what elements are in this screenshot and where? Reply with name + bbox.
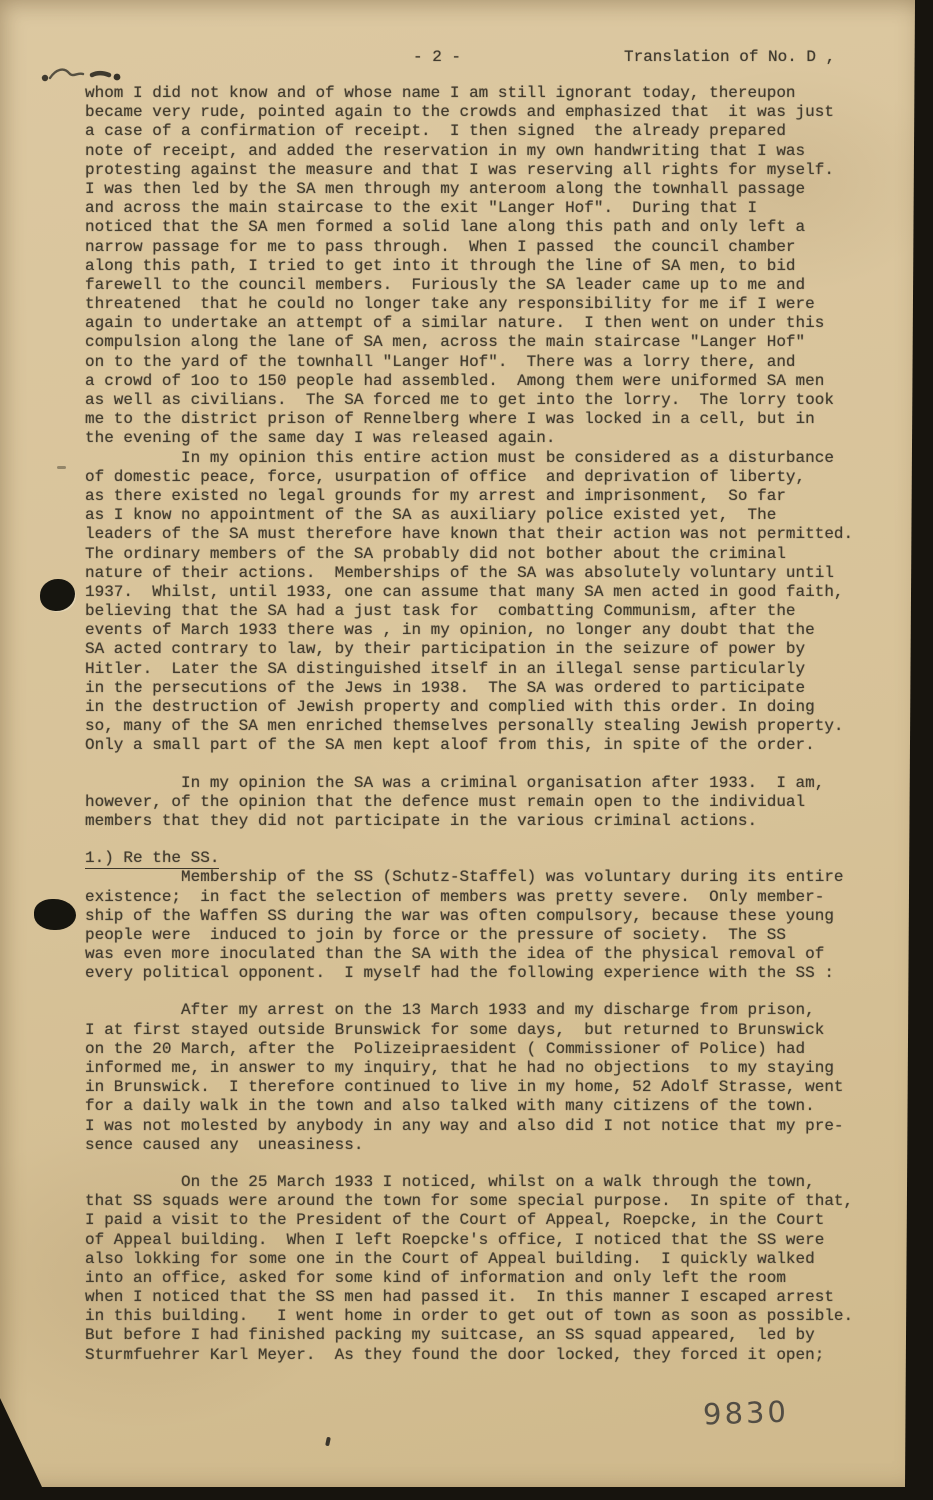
text-line: was even more inoculated than the SA wit… [85, 945, 885, 964]
text-line: as there existed no legal grounds for my… [85, 487, 885, 506]
text-line: members that they did not participate in… [85, 812, 885, 831]
text-line: into an office, asked for some kind of i… [85, 1269, 885, 1288]
text-line: as well as civilians. The SA forced me t… [85, 391, 885, 410]
text-line: whom I did not know and of whose name I … [85, 84, 885, 103]
page-number: - 2 - [413, 48, 461, 66]
text-line: In my opinion the SA was a criminal orga… [85, 774, 885, 793]
text-line: again to undertake an attempt of a simil… [85, 314, 885, 333]
text-line: But before I had finished packing my sui… [85, 1326, 885, 1345]
hole-punch-bottom [34, 899, 76, 930]
text-line: believing that the SA had a just task fo… [85, 602, 885, 621]
text-line: a crowd of 1oo to 150 people had assembl… [85, 372, 885, 391]
text-line: in Brunswick. I therefore continued to l… [85, 1078, 885, 1097]
text-line: as I know no appointment of the SA as au… [85, 506, 885, 525]
text-line: along this path, I tried to get into it … [85, 257, 885, 276]
text-line: protesting against the measure and that … [85, 161, 885, 180]
text-line: SA acted contrary to law, by their parti… [85, 640, 885, 659]
paragraph: On the 25 March 1933 I noticed, whilst o… [85, 1173, 885, 1365]
text-line: After my arrest on the 13 March 1933 and… [85, 1001, 885, 1020]
text-line: when I noticed that the SS men had passe… [85, 1288, 885, 1307]
paragraph: Membership of the SS (Schutz-Staffel) wa… [85, 868, 885, 983]
paragraph: After my arrest on the 13 March 1933 and… [85, 1001, 885, 1155]
text-line: farewell to the council members. Furious… [85, 276, 885, 295]
text-line: events of March 1933 there was , in my o… [85, 621, 885, 640]
handwritten-page-stamp: 9830 [702, 1395, 789, 1432]
text-line: the evening of the same day I was releas… [85, 429, 885, 448]
text-line: in the destruction of Jewish property an… [85, 698, 885, 717]
text-line: of Appeal building. When I left Roepcke'… [85, 1231, 885, 1250]
text-line: leaders of the SA must therefore have kn… [85, 525, 885, 544]
paragraph: In my opinion the SA was a criminal orga… [85, 774, 885, 832]
text-line: me to the district prison of Rennelberg … [85, 410, 885, 429]
text-line: I was not molested by anybody in any way… [85, 1117, 885, 1136]
text-line: threatened that he could no longer take … [85, 295, 885, 314]
text-line: that SS squads were around the town for … [85, 1192, 885, 1211]
text-line: on the 20 March, after the Polizeipraesi… [85, 1040, 885, 1059]
text-line: noticed that the SA men formed a solid l… [85, 218, 885, 237]
text-line: in the persecutions of the Jews in 1938.… [85, 679, 885, 698]
text-line: On the 25 March 1933 I noticed, whilst o… [85, 1173, 885, 1192]
text-line: ship of the Waffen SS during the war was… [85, 907, 885, 926]
paragraph: In my opinion this entire action must be… [85, 449, 885, 756]
text-line: in this building. I went home in order t… [85, 1307, 885, 1326]
text-line: Only a small part of the SA men kept alo… [85, 736, 885, 755]
text-line: of domestic peace, force, usurpation of … [85, 468, 885, 487]
text-line: I paid a visit to the President of the C… [85, 1211, 885, 1230]
text-line: also lokking for some one in the Court o… [85, 1250, 885, 1269]
text-line: informed me, in answer to my inquiry, th… [85, 1059, 885, 1078]
text-line: people were induced to join by force or … [85, 926, 885, 945]
text-line: I was then led by the SA men through my … [85, 180, 885, 199]
text-line: Sturmfuehrer Karl Meyer. As they found t… [85, 1346, 885, 1365]
paragraph: whom I did not know and of whose name I … [85, 84, 885, 449]
text-line: a case of a confirmation of receipt. I t… [85, 122, 885, 141]
document-body: whom I did not know and of whose name I … [85, 84, 885, 1365]
text-line: I at first stayed outside Brunswick for … [85, 1021, 885, 1040]
text-line: nature of their actions. Memberships of … [85, 564, 885, 583]
text-line: for a daily walk in the town and also ta… [85, 1097, 885, 1116]
text-line: Hitler. Later the SA distinguished itsel… [85, 660, 885, 679]
text-line: became very rude, pointed again to the c… [85, 103, 885, 122]
text-line: note of receipt, and added the reservati… [85, 142, 885, 161]
margin-pen-dash [57, 466, 66, 469]
text-line: The ordinary members of the SA probably … [85, 545, 885, 564]
document-scan: - 2 - Translation of No. D , whom I did … [0, 0, 933, 1500]
text-line: on to the yard of the townhall "Langer H… [85, 353, 885, 372]
text-line: Membership of the SS (Schutz-Staffel) wa… [85, 868, 885, 887]
text-line: however, of the opinion that the defence… [85, 793, 885, 812]
text-line: In my opinion this entire action must be… [85, 449, 885, 468]
text-line: sence caused any uneasiness. [85, 1136, 885, 1155]
section-heading: 1.) Re the SS. [85, 849, 885, 868]
text-line: every political opponent. I myself had t… [85, 964, 885, 983]
document-title: Translation of No. D , [624, 48, 835, 66]
text-line: and across the main staircase to the exi… [85, 199, 885, 218]
text-line: 1937. Whilst, until 1933, one can assume… [85, 583, 885, 602]
section-heading-line: 1.) Re the SS. [85, 849, 885, 868]
text-line: narrow passage for me to pass through. W… [85, 238, 885, 257]
text-line: compulsion along the lane of SA men, acr… [85, 333, 885, 352]
text-line: so, many of the SA men enriched themselv… [85, 717, 885, 736]
text-line: existence; in fact the selection of memb… [85, 888, 885, 907]
